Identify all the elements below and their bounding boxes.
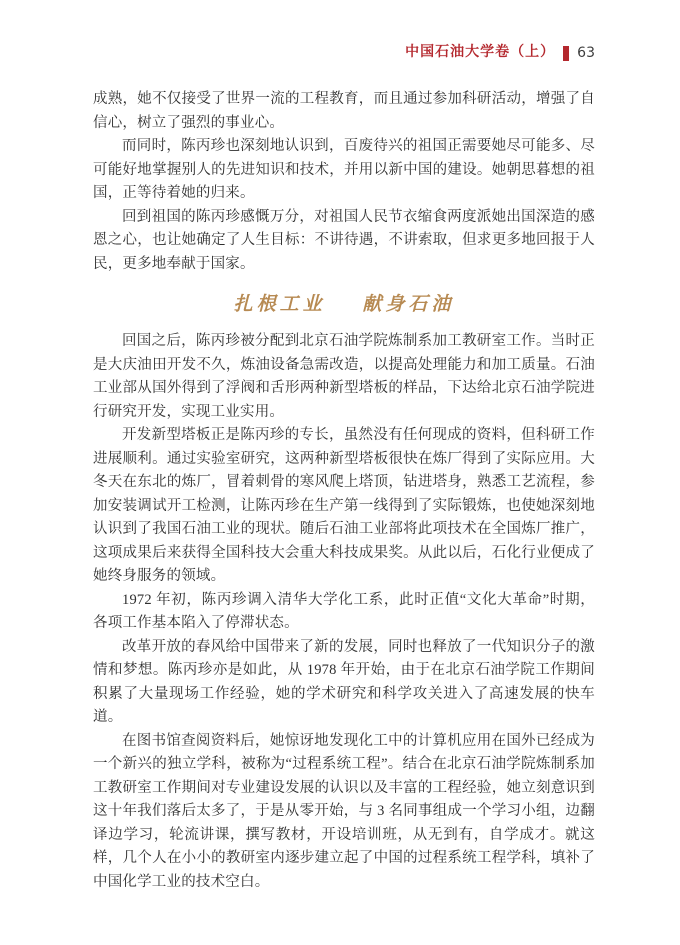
section-heading-part1: 扎根工业 bbox=[234, 293, 326, 315]
running-title: 中国石油大学卷（上） bbox=[405, 45, 555, 61]
paragraph: 回到祖国的陈丙珍感慨万分，对祖国人民节衣缩食两度派她出国深造的感恩之心，也让她确… bbox=[93, 206, 595, 277]
section-heading: 扎根工业 献身石油 bbox=[93, 291, 595, 317]
section-heading-part2: 献身石油 bbox=[362, 293, 454, 315]
paragraph: 在图书馆查阅资料后，她惊讶地发现化工中的计算机应用在国外已经成为一个新兴的独立学… bbox=[93, 730, 595, 895]
paragraph: 改革开放的春风给中国带来了新的发展，同时也释放了一代知识分子的激情和梦想。陈丙珍… bbox=[93, 636, 595, 730]
paragraph: 开发新型塔板正是陈丙珍的专长，虽然没有任何现成的资料，但科研工作进展顺利。通过实… bbox=[93, 424, 595, 589]
paragraph: 回国之后，陈丙珍被分配到北京石油学院炼制系加工教研室工作。当时正是大庆油田开发不… bbox=[93, 330, 595, 424]
paragraph: 而同时，陈丙珍也深刻地认识到，百废待兴的祖国正需要她尽可能多、尽可能好地掌握别人… bbox=[93, 135, 595, 206]
book-page: 中国石油大学卷（上） 63 成熟，她不仅接受了世界一流的工程教育，而且通过参加科… bbox=[0, 0, 680, 945]
header-divider-bar bbox=[563, 46, 569, 61]
paragraph-continuation: 成熟，她不仅接受了世界一流的工程教育，而且通过参加科研活动，增强了自信心，树立了… bbox=[93, 88, 595, 135]
page-number: 63 bbox=[577, 45, 595, 61]
paragraph: 1972 年初，陈丙珍调入清华大学化工系，此时正值“文化大革命”时期，各项工作基… bbox=[93, 589, 595, 636]
page-body: 成熟，她不仅接受了世界一流的工程教育，而且通过参加科研活动，增强了自信心，树立了… bbox=[93, 88, 595, 894]
page-header: 中国石油大学卷（上） 63 bbox=[93, 45, 595, 61]
